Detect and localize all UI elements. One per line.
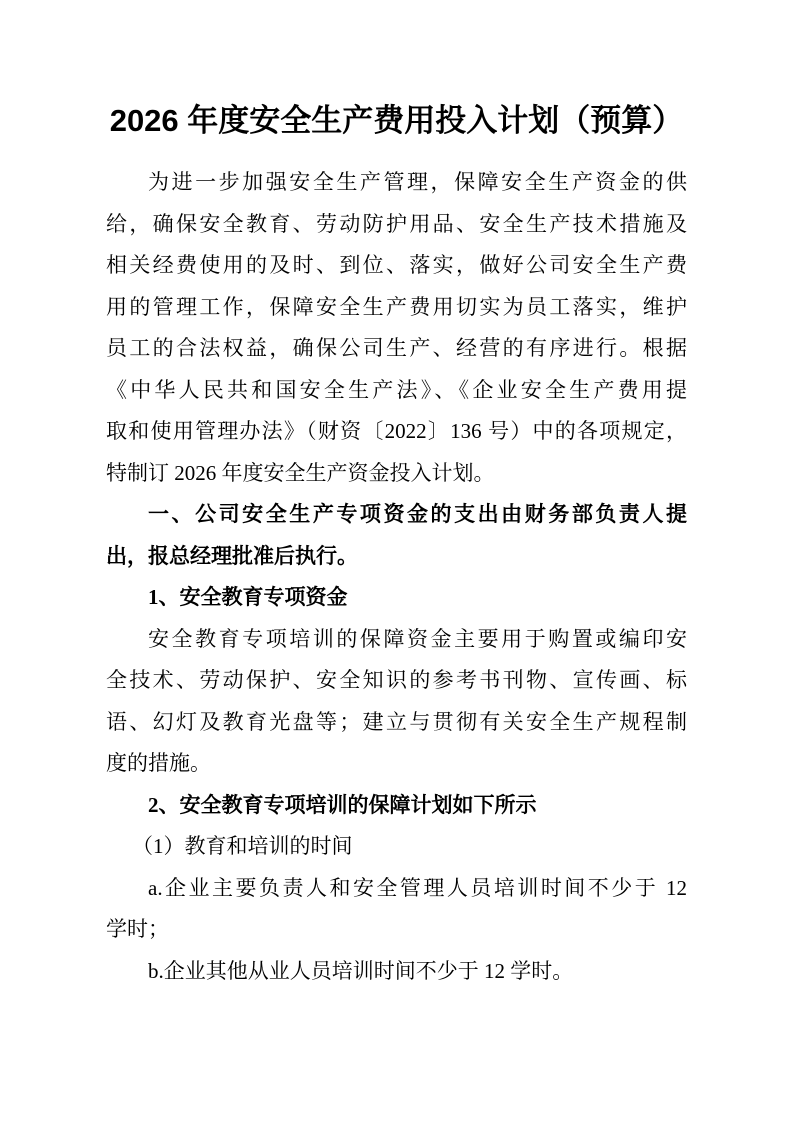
body-line: 特制订 2026 年度安全生产资金投入计划。 xyxy=(106,453,687,495)
subsection-heading: 2、安全教育专项培训的保障计划如下所示 xyxy=(106,785,687,827)
body-line: 语、幻灯及教育光盘等；建立与贯彻有关安全生产规程制 xyxy=(106,702,687,744)
section-heading-line: 一、公司安全生产专项资金的支出由财务部负责人提 xyxy=(106,494,687,536)
body-line: 取和使用管理办法》（财资〔2022〕136 号）中的各项规定， xyxy=(106,411,687,453)
list-item-line: b.企业其他从业人员培训时间不少于 12 学时。 xyxy=(106,951,687,993)
body-line: 员工的合法权益，确保公司生产、经营的有序进行。根据 xyxy=(106,328,687,370)
body-line: 用的管理工作，保障安全生产费用切实为员工落实，维护 xyxy=(106,287,687,329)
subsection-heading: 1、安全教育专项资金 xyxy=(106,577,687,619)
document-title: 2026 年度安全生产费用投入计划（预算） xyxy=(106,97,687,145)
list-item-heading: （1）教育和培训的时间 xyxy=(106,826,687,868)
list-item-line: 学时； xyxy=(106,909,687,951)
body-line: 为进一步加强安全生产管理，保障安全生产资金的供 xyxy=(106,162,687,204)
body-line: 全技术、劳动保护、安全知识的参考书刊物、宣传画、标 xyxy=(106,660,687,702)
body-line: 安全教育专项培训的保障资金主要用于购置或编印安 xyxy=(106,619,687,661)
document-page: 2026 年度安全生产费用投入计划（预算） 为进一步加强安全生产管理，保障安全生… xyxy=(0,0,793,1122)
section-heading-line: 出，报总经理批准后执行。 xyxy=(106,536,687,578)
document-body: 为进一步加强安全生产管理，保障安全生产资金的供 给，确保安全教育、劳动防护用品、… xyxy=(106,162,687,992)
body-line: 《中华人民共和国安全生产法》、《企业安全生产费用提 xyxy=(106,370,687,412)
body-line: 给，确保安全教育、劳动防护用品、安全生产技术措施及 xyxy=(106,204,687,246)
body-line: 度的措施。 xyxy=(106,743,687,785)
body-line: 相关经费使用的及时、到位、落实，做好公司安全生产费 xyxy=(106,245,687,287)
list-item-line: a.企业主要负责人和安全管理人员培训时间不少于 12 xyxy=(106,868,687,910)
